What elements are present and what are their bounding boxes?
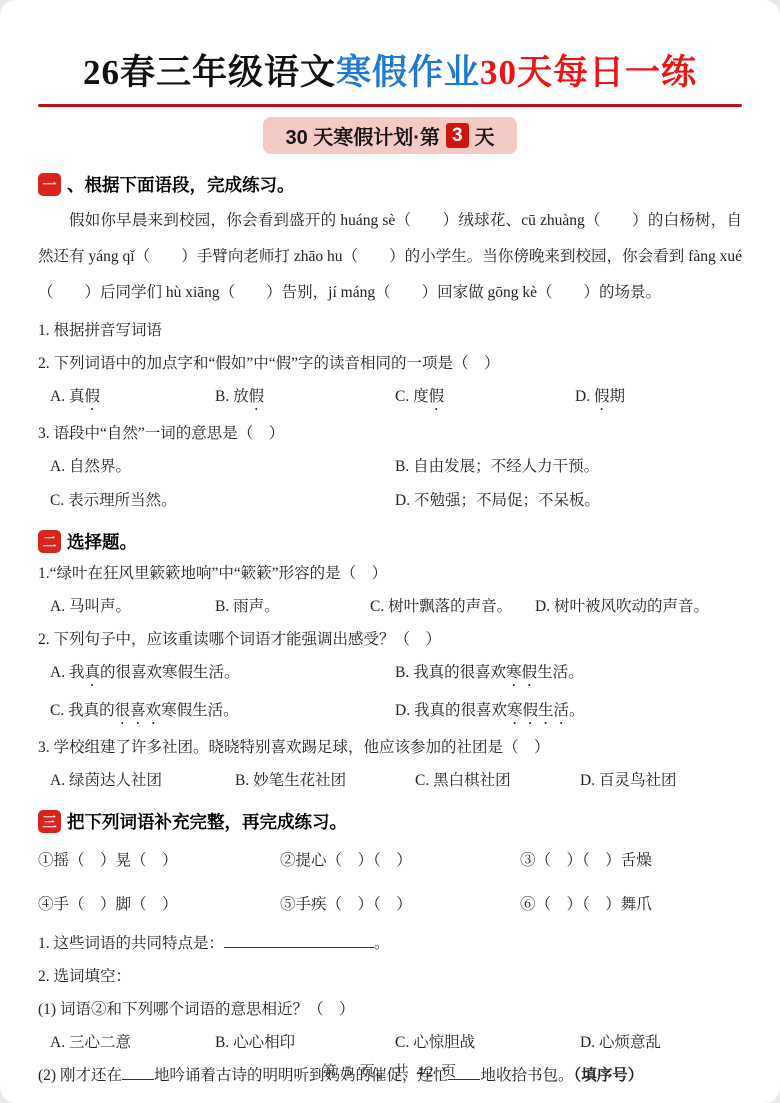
s3-q2-1-options: A. 三心二意 B. 心心相印 C. 心惊胆战 D. 心烦意乱 <box>38 1029 742 1056</box>
option: A. 绿茵达人社团 <box>50 767 235 794</box>
option: B. 心心相印 <box>215 1029 395 1056</box>
section3-header: 三 把下列词语补充完整，再完成练习。 <box>38 809 742 834</box>
option: A. 自然界。 <box>50 453 395 480</box>
section2-header: 二 选择题。 <box>38 529 742 554</box>
word-fill-item: ⑥（ ）（ ）舞爪 <box>520 890 742 920</box>
option: C. 度假 <box>395 383 575 414</box>
option: C. 表示理所当然。 <box>50 487 395 514</box>
option: C. 树叶飘落的声音。 <box>370 593 535 620</box>
s1-q2-options: A. 真假 B. 放假 C. 度假 D. 假期 <box>38 383 742 414</box>
option: D. 假期 <box>575 383 742 414</box>
s3-question-2: 2. 选词填空： <box>38 963 742 990</box>
s3-q1-label: 1. 这些词语的共同特点是： <box>38 935 224 952</box>
word-fill-item: ①摇（ ）晃（ ） <box>38 846 280 876</box>
word-fill-item: ④手（ ）脚（ ） <box>38 890 280 920</box>
s2-q2-options: A. 我真的很喜欢寒假生活。 B. 我真的很喜欢寒假生活。 C. 我真的很喜欢寒… <box>38 659 742 728</box>
s1-q3-options: A. 自然界。 B. 自由发展；不经人力干预。 C. 表示理所当然。 D. 不勉… <box>38 453 742 514</box>
reading-passage: 假如你早晨来到校园，你会看到盛开的 huáng sè（ ）绒球花、cū zhuà… <box>38 203 742 311</box>
page-title: 26春三年级语文寒假作业30天每日一练 <box>38 52 742 94</box>
s1-question-3: 3. 语段中“自然”一词的意思是（ ） <box>38 420 742 447</box>
title-segment-grade: 26春三年级语文 <box>83 53 336 92</box>
option: A. 马叫声。 <box>50 593 215 620</box>
title-divider <box>38 104 742 107</box>
word-fill-item: ②提心（ ）（ ） <box>280 846 520 876</box>
option: B. 雨声。 <box>215 593 370 620</box>
option: B. 自由发展；不经人力干预。 <box>395 453 742 480</box>
option: C. 我真的很喜欢寒假生活。 <box>50 697 395 728</box>
section2-heading: 选择题。 <box>67 529 137 554</box>
option: B. 放假 <box>215 383 395 414</box>
word-fill-row-2: ④手（ ）脚（ ） ⑤手疾（ ）（ ） ⑥（ ）（ ）舞爪 <box>38 890 742 920</box>
option: B. 我真的很喜欢寒假生活。 <box>395 659 742 690</box>
day-number-badge: 3 <box>446 123 469 148</box>
option: D. 我真的很喜欢寒假生活。 <box>395 697 742 728</box>
option: D. 不勉强；不局促；不呆板。 <box>395 487 742 514</box>
option: C. 黑白棋社团 <box>415 767 580 794</box>
s3-question-1: 1. 这些词语的共同特点是：。 <box>38 930 742 957</box>
section1-heading: 、根据下面语段，完成练习。 <box>67 172 295 197</box>
s1-question-2: 2. 下列词语中的加点字和“假如”中“假”字的读音相同的一项是（ ） <box>38 350 742 377</box>
page-number-footer: 第 5 页，共 42 页 <box>0 1060 780 1081</box>
plan-day-banner: 30 天寒假计划·第 3 天 <box>263 117 516 154</box>
answer-blank <box>224 931 374 948</box>
option: D. 心烦意乱 <box>580 1029 742 1056</box>
section1-header: 一 、根据下面语段，完成练习。 <box>38 172 742 197</box>
word-fill-item: ③（ ）（ ）舌燥 <box>520 846 742 876</box>
title-segment-daily: 30天每日一练 <box>480 53 697 92</box>
s2-question-2: 2. 下列句子中，应该重读哪个词语才能强调出感受？（ ） <box>38 626 742 653</box>
option: D. 树叶被风吹动的声音。 <box>535 593 742 620</box>
option: A. 真假 <box>50 383 215 414</box>
plan-day-prefix: 30 天寒假计划·第 <box>285 121 439 150</box>
s2-question-3: 3. 学校组建了许多社团。晓晓特别喜欢踢足球，他应该参加的社团是（ ） <box>38 734 742 761</box>
option: D. 百灵鸟社团 <box>580 767 742 794</box>
section2-number-badge: 二 <box>38 530 61 553</box>
option: A. 三心二意 <box>50 1029 215 1056</box>
section3-heading: 把下列词语补充完整，再完成练习。 <box>67 809 347 834</box>
section3-number-badge: 三 <box>38 810 61 833</box>
option: C. 心惊胆战 <box>395 1029 580 1056</box>
s3-q1-period: 。 <box>374 935 390 952</box>
option: A. 我真的很喜欢寒假生活。 <box>50 659 395 690</box>
s1-question-1: 1. 根据拼音写词语 <box>38 317 742 344</box>
option: B. 妙笔生花社团 <box>235 767 415 794</box>
s3-question-2-1: (1) 词语②和下列哪个词语的意思相近？（ ） <box>38 996 742 1023</box>
word-fill-item: ⑤手疾（ ）（ ） <box>280 890 520 920</box>
worksheet-page: 26春三年级语文寒假作业30天每日一练 30 天寒假计划·第 3 天 一 、根据… <box>0 0 780 1103</box>
word-fill-row-1: ①摇（ ）晃（ ） ②提心（ ）（ ） ③（ ）（ ）舌燥 <box>38 846 742 876</box>
s2-q3-options: A. 绿茵达人社团 B. 妙笔生花社团 C. 黑白棋社团 D. 百灵鸟社团 <box>38 767 742 794</box>
plan-day-suffix: 天 <box>475 121 495 150</box>
title-segment-homework: 寒假作业 <box>336 53 480 92</box>
s2-q1-options: A. 马叫声。 B. 雨声。 C. 树叶飘落的声音。 D. 树叶被风吹动的声音。 <box>38 593 742 620</box>
s2-question-1: 1.“绿叶在狂风里簌簌地响”中“簌簌”形容的是（ ） <box>38 560 742 587</box>
section1-number-badge: 一 <box>38 173 61 196</box>
